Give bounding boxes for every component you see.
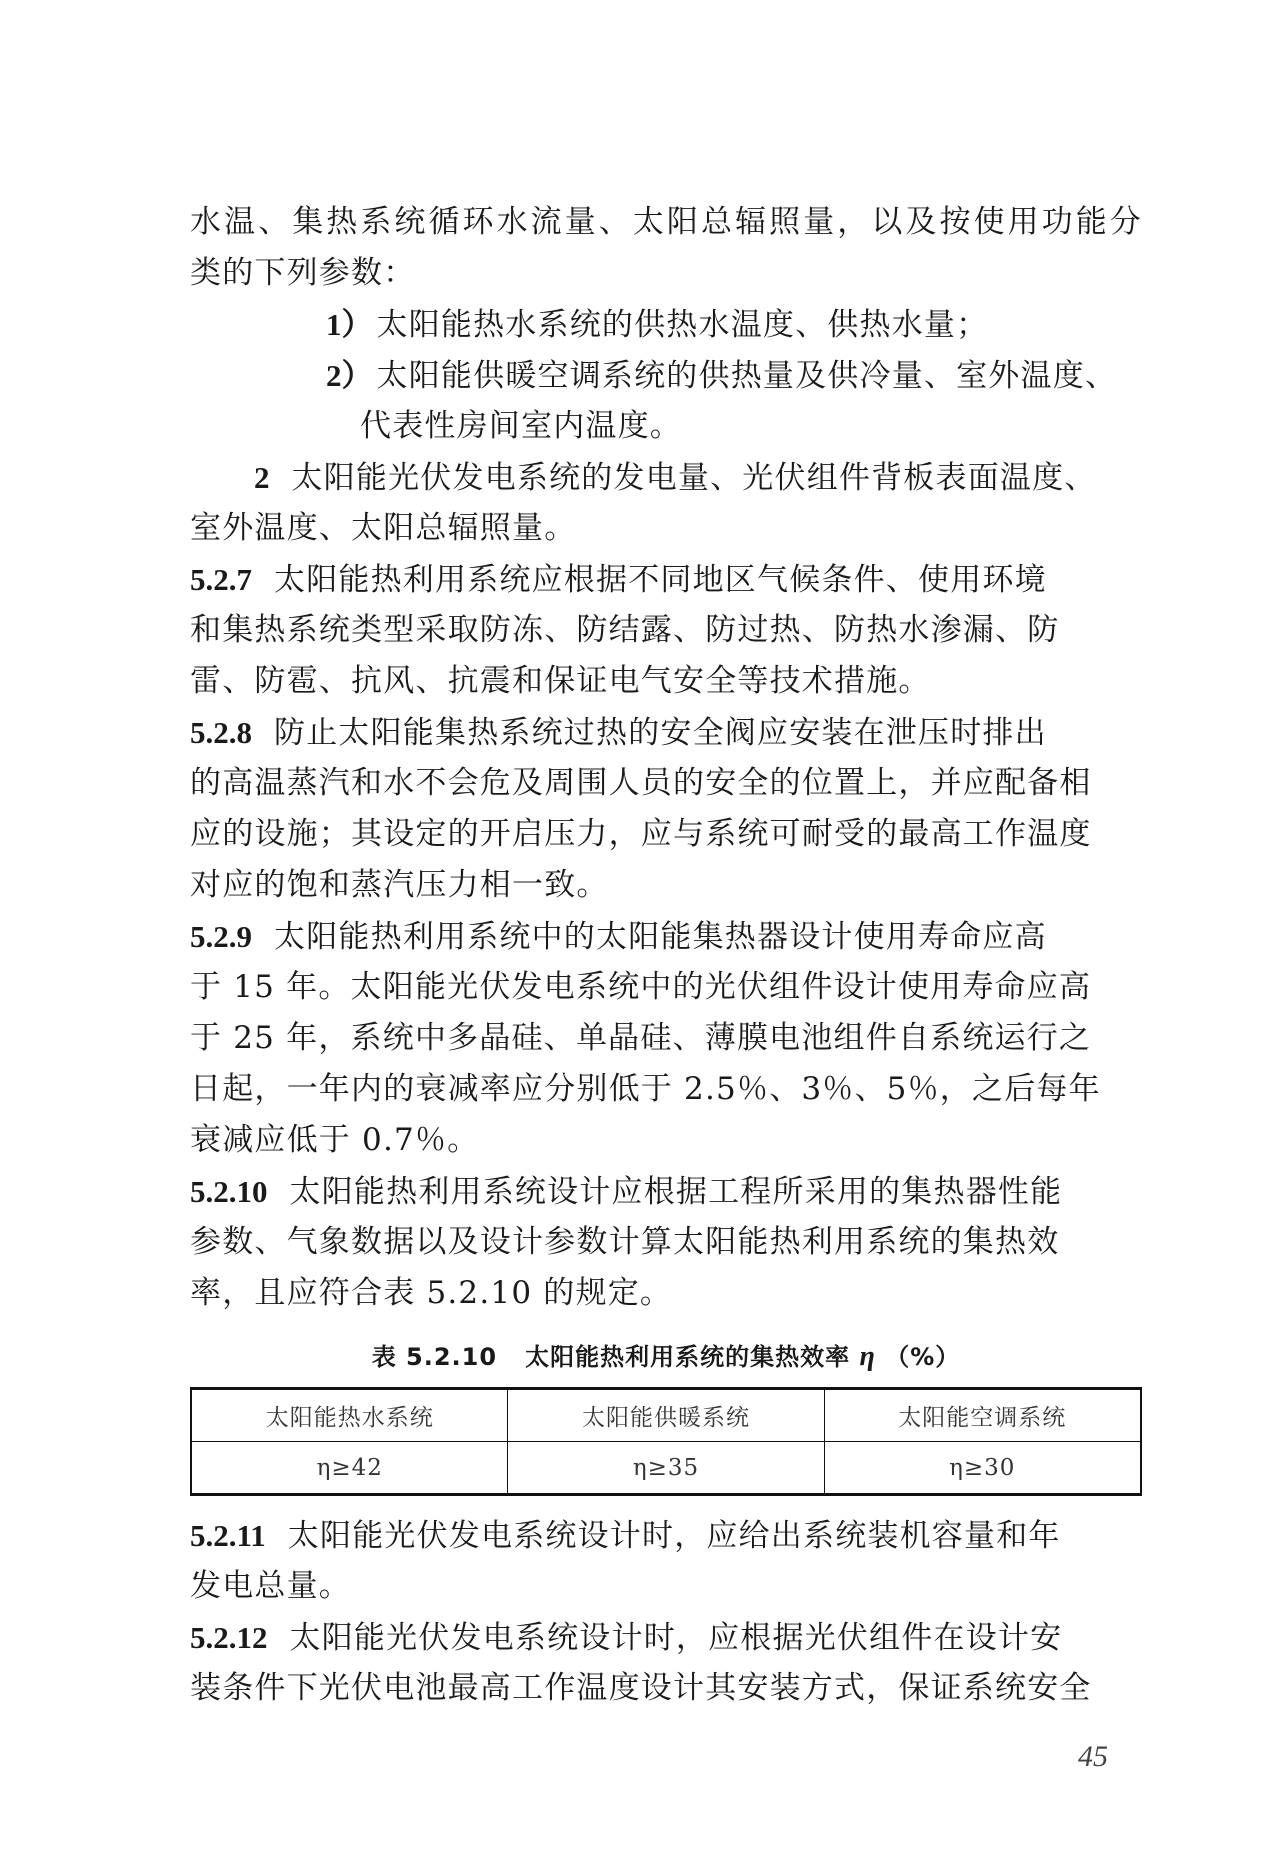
section-text: 太阳能光伏发电系统设计时，应根据光伏组件在设计安 (290, 1620, 1063, 1656)
list-item-continuation: 代表性房间室内温度。 (190, 401, 1142, 452)
paragraph-line: 装条件下光伏电池最高工作温度设计其安装方式，保证系统安全 (190, 1663, 1142, 1714)
table-cell: η≥42 (191, 1442, 508, 1495)
section-number: 5.2.12 (190, 1620, 268, 1655)
eta-symbol: η (860, 1341, 876, 1372)
section-number: 5.2.7 (190, 562, 252, 597)
list-item: 1）太阳能热水系统的供热水温度、供热水量； (190, 299, 1142, 350)
table-header-cell: 太阳能热水系统 (191, 1389, 508, 1442)
document-page: 水温、集热系统循环水流量、太阳总辐照量，以及按使用功能分 类的下列参数： 1）太… (190, 197, 1142, 1714)
paragraph-line: 水温、集热系统循环水流量、太阳总辐照量，以及按使用功能分 (190, 197, 1142, 248)
paragraph-line: 于 15 年。太阳能光伏发电系统中的光伏组件设计使用寿命应高 (190, 962, 1142, 1013)
table-header-cell: 太阳能空调系统 (824, 1389, 1141, 1442)
section-5-2-10: 5.2.10太阳能热利用系统设计应根据工程所采用的集热器性能 (190, 1166, 1142, 1217)
clause-number: 2 (254, 460, 270, 495)
clause-text: 太阳能光伏发电系统的发电量、光伏组件背板表面温度、 (292, 460, 1097, 496)
table-caption-title: 太阳能热利用系统的集热效率 (525, 1343, 850, 1371)
paragraph-line: 发电总量。 (190, 1561, 1142, 1612)
table-caption-unit: （%） (885, 1343, 960, 1371)
section-text: 太阳能光伏发电系统设计时，应给出系统装机容量和年 (288, 1518, 1061, 1554)
paragraph-line: 应的设施；其设定的开启压力，应与系统可耐受的最高工作温度 (190, 809, 1142, 860)
list-text: 太阳能热水系统的供热水温度、供热水量； (377, 307, 989, 343)
paragraph-line: 和集热系统类型采取防冻、防结露、防过热、防热水渗漏、防 (190, 605, 1142, 656)
page-number: 45 (1078, 1740, 1108, 1774)
list-number: 1） (326, 307, 373, 342)
section-5-2-11: 5.2.11太阳能光伏发电系统设计时，应给出系统装机容量和年 (190, 1510, 1142, 1561)
table-header-cell: 太阳能供暖系统 (508, 1389, 824, 1442)
paragraph-line: 对应的饱和蒸汽压力相一致。 (190, 860, 1142, 911)
section-text: 防止太阳能集热系统过热的安全阀应安装在泄压时排出 (274, 715, 1047, 751)
paragraph-line: 日起，一年内的衰减率应分别低于 2.5％、3％、5％，之后每年 (190, 1064, 1142, 1115)
table-cell: η≥30 (824, 1442, 1141, 1495)
paragraph-line: 室外温度、太阳总辐照量。 (190, 503, 1142, 554)
table-caption: 表 5.2.10 太阳能热利用系统的集热效率 η （%） (190, 1337, 1142, 1377)
paragraph-line: 类的下列参数： (190, 248, 1142, 299)
paragraph-line: 衰减应低于 0.7％。 (190, 1115, 1142, 1166)
table-caption-prefix: 表 5.2.10 (372, 1343, 497, 1371)
section-5-2-9: 5.2.9太阳能热利用系统中的太阳能集热器设计使用寿命应高 (190, 911, 1142, 962)
paragraph-line: 率，且应符合表 5.2.10 的规定。 (190, 1268, 1142, 1319)
paragraph-line: 雷、防雹、抗风、抗震和保证电气安全等技术措施。 (190, 656, 1142, 707)
paragraph-line: 的高温蒸汽和水不会危及周围人员的安全的位置上，并应配备相 (190, 758, 1142, 809)
list-item: 2）太阳能供暖空调系统的供热量及供冷量、室外温度、 (190, 350, 1142, 401)
section-text: 太阳能热利用系统设计应根据工程所采用的集热器性能 (290, 1174, 1063, 1210)
paragraph-line: 于 25 年，系统中多晶硅、单晶硅、薄膜电池组件自系统运行之 (190, 1013, 1142, 1064)
section-5-2-8: 5.2.8防止太阳能集热系统过热的安全阀应安装在泄压时排出 (190, 707, 1142, 758)
list-text: 太阳能供暖空调系统的供热量及供冷量、室外温度、 (377, 358, 1118, 394)
section-5-2-12: 5.2.12太阳能光伏发电系统设计时，应根据光伏组件在设计安 (190, 1612, 1142, 1663)
section-number: 5.2.11 (190, 1518, 266, 1553)
clause-item: 2太阳能光伏发电系统的发电量、光伏组件背板表面温度、 (190, 452, 1142, 503)
section-number: 5.2.10 (190, 1174, 268, 1209)
table-row: η≥42 η≥35 η≥30 (191, 1442, 1141, 1495)
section-text: 太阳能热利用系统中的太阳能集热器设计使用寿命应高 (274, 919, 1047, 955)
section-text: 太阳能热利用系统应根据不同地区气候条件、使用环境 (274, 562, 1047, 598)
section-5-2-7: 5.2.7太阳能热利用系统应根据不同地区气候条件、使用环境 (190, 554, 1142, 605)
section-number: 5.2.9 (190, 919, 252, 954)
table-header-row: 太阳能热水系统 太阳能供暖系统 太阳能空调系统 (191, 1389, 1141, 1442)
paragraph-line: 参数、气象数据以及设计参数计算太阳能热利用系统的集热效 (190, 1217, 1142, 1268)
table-cell: η≥35 (508, 1442, 824, 1495)
section-number: 5.2.8 (190, 715, 252, 750)
list-number: 2） (326, 358, 373, 393)
efficiency-table: 太阳能热水系统 太阳能供暖系统 太阳能空调系统 η≥42 η≥35 η≥30 (190, 1387, 1142, 1496)
